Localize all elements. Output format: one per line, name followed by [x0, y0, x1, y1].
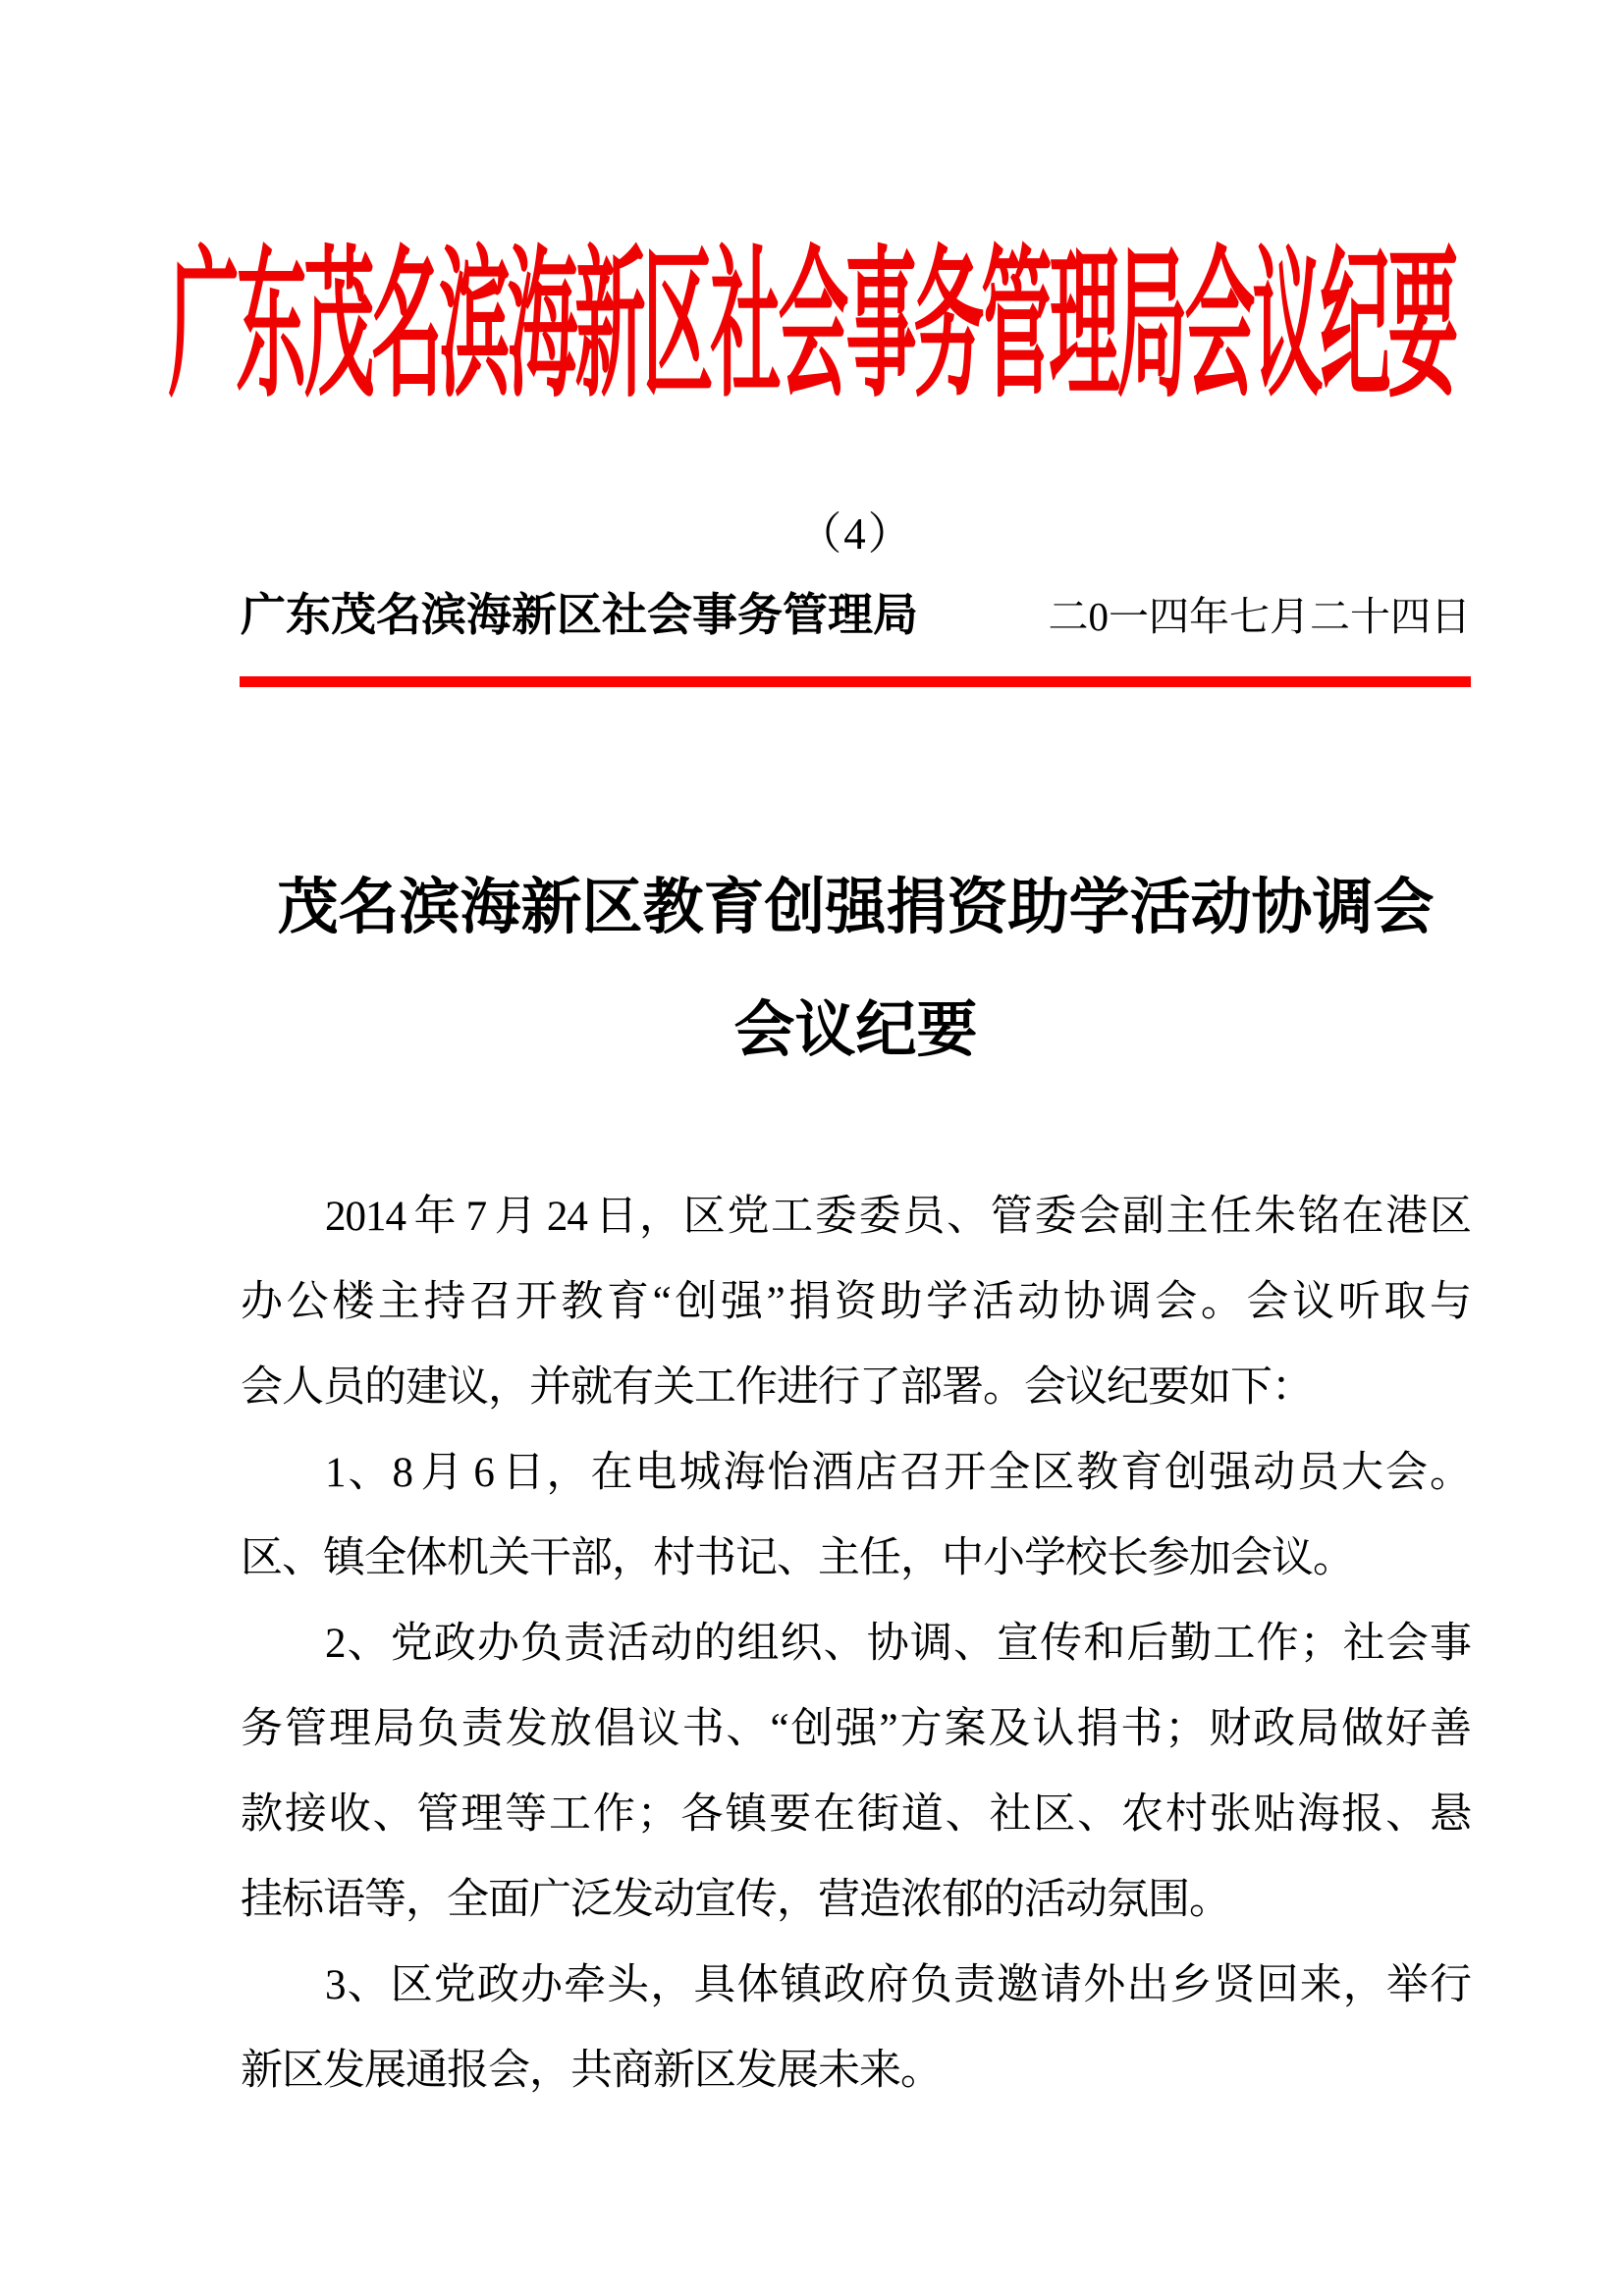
info-row: 广东茂名滨海新区社会事务管理局 二0一四年七月二十四日 — [241, 583, 1471, 649]
body-line: 区、镇全体机关干部，村书记、主任，中小学校长参加会议。 — [241, 1516, 1471, 1601]
masthead-title: 广东茂名滨海新区社会事务管理局会议纪要 — [168, 245, 1455, 408]
body-line: 务管理局负责发放倡议书、“创强”方案及认捐书；财政局做好善 — [241, 1686, 1471, 1772]
paragraph: 1、8 月 6 日，在电城海怡酒店召开全区教育创强动员大会。区、镇全体机关干部，… — [241, 1430, 1471, 1601]
issue-number: （4） — [241, 508, 1471, 560]
body-line: 办公楼主持召开教育“创强”捐资助学活动协调会。会议听取与 — [241, 1259, 1471, 1345]
masthead-container: 广东茂名滨海新区社会事务管理局会议纪要 — [0, 245, 1624, 408]
document-title-line1: 茂名滨海新区教育创强捐资助学活动协调会 — [241, 852, 1471, 965]
body-line: 款接收、管理等工作；各镇要在街道、社区、农村张贴海报、悬 — [241, 1772, 1471, 1857]
document-title-line2: 会议纪要 — [241, 975, 1471, 1088]
body-line: 2014 年 7 月 24 日，区党工委委员、管委会副主任朱铭在港区 — [241, 1174, 1471, 1259]
body-line: 1、8 月 6 日，在电城海怡酒店召开全区教育创强动员大会。 — [241, 1430, 1471, 1516]
body-line: 2、党政办负责活动的组织、协调、宣传和后勤工作；社会事 — [241, 1601, 1471, 1686]
document-page: 广东茂名滨海新区社会事务管理局会议纪要 （4） 广东茂名滨海新区社会事务管理局 … — [0, 0, 1624, 2296]
paragraph: 2、党政办负责活动的组织、协调、宣传和后勤工作；社会事务管理局负责发放倡议书、“… — [241, 1601, 1471, 1943]
paragraph: 2014 年 7 月 24 日，区党工委委员、管委会副主任朱铭在港区办公楼主持召… — [241, 1174, 1471, 1430]
paragraph: 3、区党政办牵头，具体镇政府负责邀请外出乡贤回来，举行新区发展通报会，共商新区发… — [241, 1943, 1471, 2113]
red-divider-rule — [240, 676, 1471, 687]
body-line: 新区发展通报会，共商新区发展未来。 — [241, 2028, 1471, 2113]
body-line: 会人员的建议，并就有关工作进行了部署。会议纪要如下： — [241, 1345, 1471, 1430]
body-line: 3、区党政办牵头，具体镇政府负责邀请外出乡贤回来，举行 — [241, 1943, 1471, 2028]
issue-date: 二0一四年七月二十四日 — [1049, 584, 1472, 649]
document-body: 2014 年 7 月 24 日，区党工委委员、管委会副主任朱铭在港区办公楼主持召… — [241, 1174, 1471, 2113]
body-line: 挂标语等，全面广泛发动宣传，营造浓郁的活动氛围。 — [241, 1857, 1471, 1943]
issuing-agency: 广东茂名滨海新区社会事务管理局 — [241, 583, 918, 648]
